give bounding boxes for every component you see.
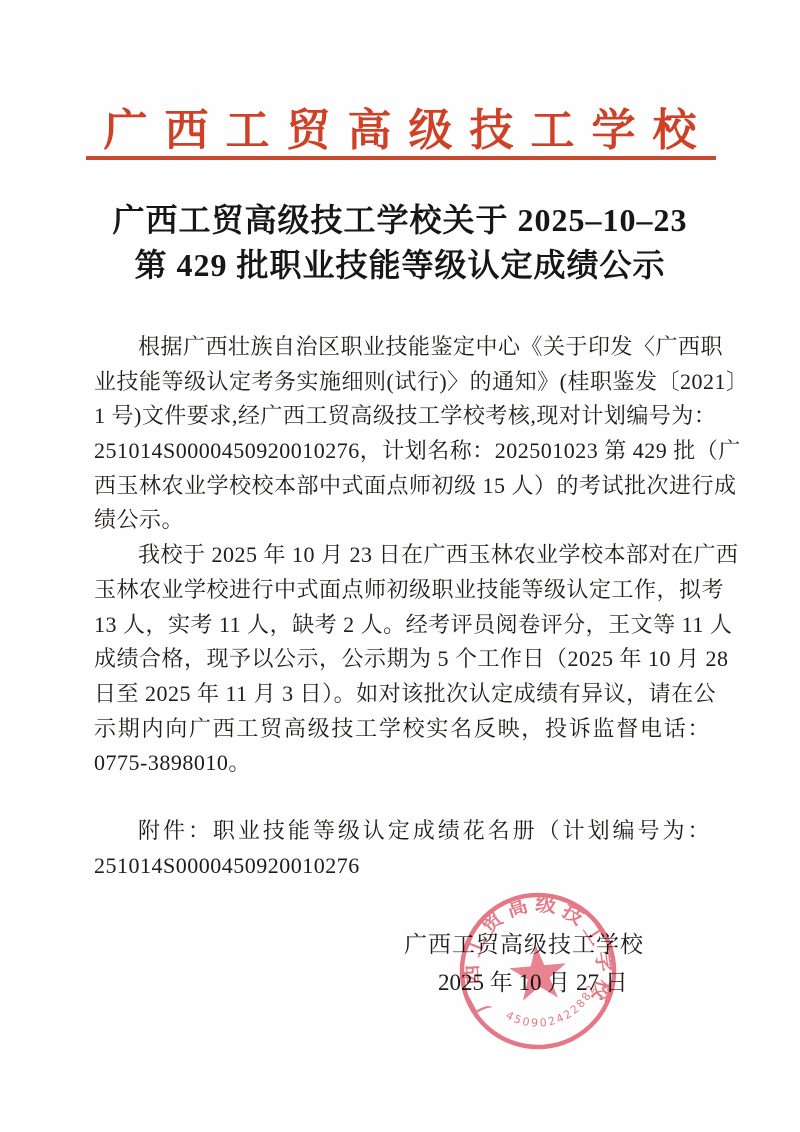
body-line: 日至 2025 年 11 月 3 日）。如对该批次认定成绩有异议，请在公 bbox=[94, 677, 710, 712]
paragraph-1: 根据广西壮族自治区职业技能鉴定中心《关于印发〈广西职 业技能等级认定考务实施细则… bbox=[94, 330, 710, 538]
body-line: 根据广西壮族自治区职业技能鉴定中心《关于印发〈广西职 bbox=[94, 330, 710, 365]
body-line: 玉林农业学校进行中式面点师初级职业技能等级认定工作，拟考 bbox=[94, 573, 710, 608]
signature-organization: 广西工贸高级技工学校 bbox=[404, 926, 636, 959]
body-line: 251014S0000450920010276，计划名称：202501023 第… bbox=[94, 434, 710, 469]
body-line: 13 人，实考 11 人，缺考 2 人。经考评员阅卷评分，王文等 11 人 bbox=[94, 608, 710, 643]
document-page: 广西工贸高级技工学校 广西工贸高级技工学校关于 2025–10–23 第 429… bbox=[0, 0, 800, 1132]
body-line: 成绩合格，现予以公示，公示期为 5 个工作日（2025 年 10 月 28 bbox=[94, 642, 710, 677]
signature-date: 2025 年 10 月 27 日 bbox=[438, 964, 614, 997]
attachment-note: 附件：职业技能等级认定成绩花名册（计划编号为： 251014S000045092… bbox=[94, 814, 710, 883]
document-title: 广西工贸高级技工学校关于 2025–10–23 第 429 批职业技能等级认定成… bbox=[40, 198, 760, 288]
document-body: 根据广西壮族自治区职业技能鉴定中心《关于印发〈广西职 业技能等级认定考务实施细则… bbox=[94, 330, 710, 883]
body-line: 1 号)文件要求,经广西工贸高级技工学校考核,现对计划编号为： bbox=[94, 399, 710, 434]
letterhead-school-name: 广西工贸高级技工学校 bbox=[0, 94, 800, 158]
body-line: 西玉林农业学校校本部中式面点师初级 15 人）的考试批次进行成 bbox=[94, 469, 710, 504]
attachment-line: 附件：职业技能等级认定成绩花名册（计划编号为： bbox=[94, 814, 710, 849]
paragraph-2: 我校于 2025 年 10 月 23 日在广西玉林农业学校本部对在广西 玉林农业… bbox=[94, 538, 710, 781]
document-title-line2: 第 429 批职业技能等级认定成绩公示 bbox=[40, 243, 760, 288]
body-line: 绩公示。 bbox=[94, 503, 710, 538]
letterhead-rule bbox=[86, 156, 716, 160]
body-line: 业技能等级认定考务实施细则(试行)〉的通知》(桂职鉴发〔2021〕 bbox=[94, 365, 710, 400]
attachment-plan-number: 251014S0000450920010276 bbox=[94, 849, 710, 884]
body-line: 我校于 2025 年 10 月 23 日在广西玉林农业学校本部对在广西 bbox=[94, 538, 710, 573]
body-line: 示期内向广西工贸高级技工学校实名反映，投诉监督电话： bbox=[94, 712, 710, 747]
body-line: 0775-3898010。 bbox=[94, 746, 710, 781]
document-title-line1: 广西工贸高级技工学校关于 2025–10–23 bbox=[40, 198, 760, 243]
